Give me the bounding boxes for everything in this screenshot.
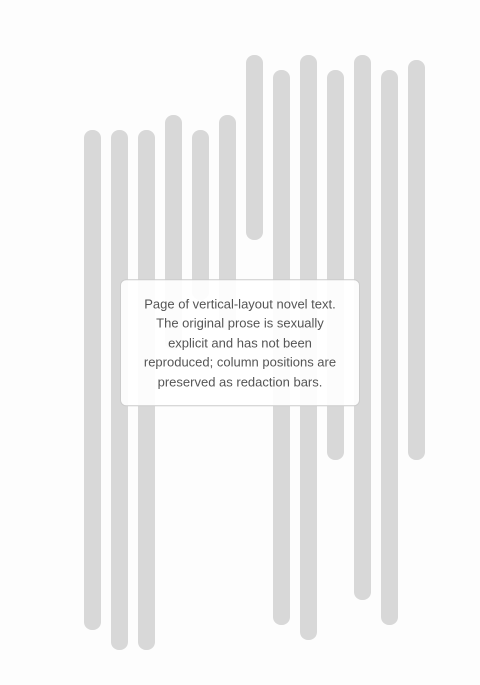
redacted-text-column (84, 130, 101, 630)
redacted-text-column (381, 70, 398, 625)
redacted-text-column (408, 60, 425, 460)
redacted-text-column (192, 130, 209, 300)
redacted-text-column (246, 55, 263, 240)
redaction-notice: Page of vertical-layout novel text. The … (120, 279, 360, 407)
novel-page: Page of vertical-layout novel text. The … (0, 0, 480, 685)
